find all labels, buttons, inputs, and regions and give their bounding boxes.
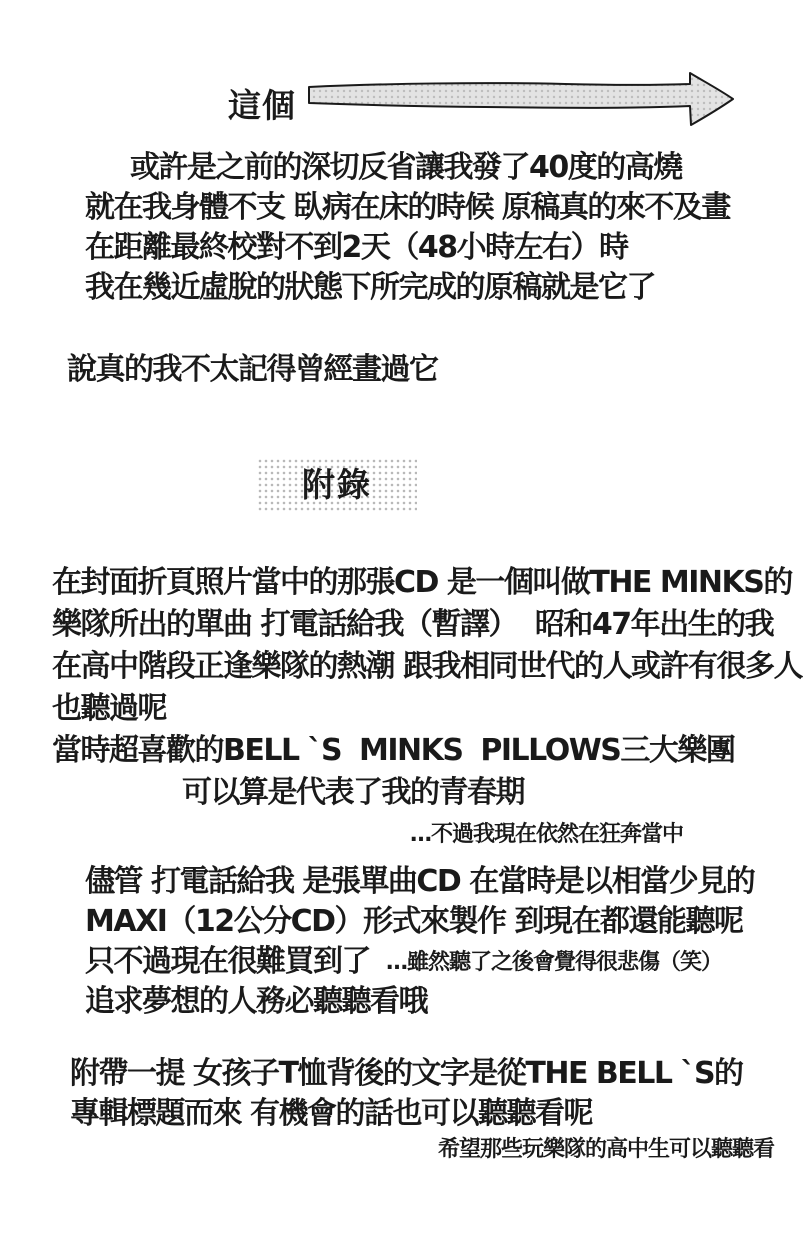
afterword-page: 這個 或許是之前的深切反省讓我發了40度的高燒 就在我身體不支 臥病在床的時候 …: [0, 0, 810, 1234]
text-line: 在封面折頁照片當中的那張CD 是一個叫做THE MINKS的: [52, 562, 802, 604]
text-line: 或許是之前的深切反省讓我發了40度的高燒: [130, 148, 730, 188]
text-line: 只不過現在很難買到了…雖然聽了之後會覺得很悲傷（笑）: [85, 942, 754, 982]
text-line: 追求夢想的人務必聽聽看哦: [85, 982, 754, 1022]
margin-note-still-running: …不過我現在依然在狂奔當中: [410, 817, 683, 848]
text-line: 儘管 打電話給我 是張單曲CD 在當時是以相當少見的: [85, 862, 754, 902]
text-line: 附帶一提 女孩子T恤背後的文字是從THE BELL `S的: [70, 1054, 743, 1094]
maxi-cd-paragraph: 儘管 打電話給我 是張單曲CD 在當時是以相當少見的 MAXI（12公分CD）形…: [85, 862, 754, 1022]
arrow-caption: 這個: [228, 80, 296, 127]
text-line: 當時超喜歡的BELL `S MINKS PILLOWS三大樂團: [52, 730, 802, 772]
text-line: 就在我身體不支 臥病在床的時候 原稿真的來不及畫: [85, 188, 730, 228]
text-line: 也聽過呢: [52, 688, 802, 730]
fever-paragraph: 或許是之前的深切反省讓我發了40度的高燒 就在我身體不支 臥病在床的時候 原稿真…: [85, 148, 730, 308]
right-arrow-icon: [305, 70, 737, 128]
remark-paragraph: 說真的我不太記得曾經畫過它: [67, 350, 438, 390]
inline-note-sad-laugh: …雖然聽了之後會覺得很悲傷（笑）: [386, 950, 722, 975]
text-line: 在高中階段正逢樂隊的熱潮 跟我相同世代的人或許有很多人: [52, 646, 802, 688]
text-segment: 只不過現在很難買到了: [85, 944, 370, 979]
text-line: 我在幾近虛脫的狀態下所完成的原稿就是它了: [85, 268, 730, 308]
cd-story-paragraph: 在封面折頁照片當中的那張CD 是一個叫做THE MINKS的 樂隊所出的單曲 打…: [52, 562, 802, 814]
text-line: 在距離最終校對不到2天（48小時左右）時: [85, 228, 730, 268]
text-line: 說真的我不太記得曾經畫過它: [67, 350, 438, 390]
appendix-heading: 附錄: [257, 458, 417, 512]
text-line: MAXI（12公分CD）形式來製作 到現在都還能聽呢: [85, 902, 754, 942]
text-line: 可以算是代表了我的青春期: [182, 772, 802, 814]
text-line: 專輯標題而來 有機會的話也可以聽聽看呢: [70, 1094, 743, 1134]
margin-note-highschoolers: 希望那些玩樂隊的高中生可以聽聽看: [438, 1132, 774, 1163]
text-line: 樂隊所出的單曲 打電話給我（暫譯） 昭和47年出生的我: [52, 604, 802, 646]
tshirt-paragraph: 附帶一提 女孩子T恤背後的文字是從THE BELL `S的 專輯標題而來 有機會…: [70, 1054, 743, 1134]
